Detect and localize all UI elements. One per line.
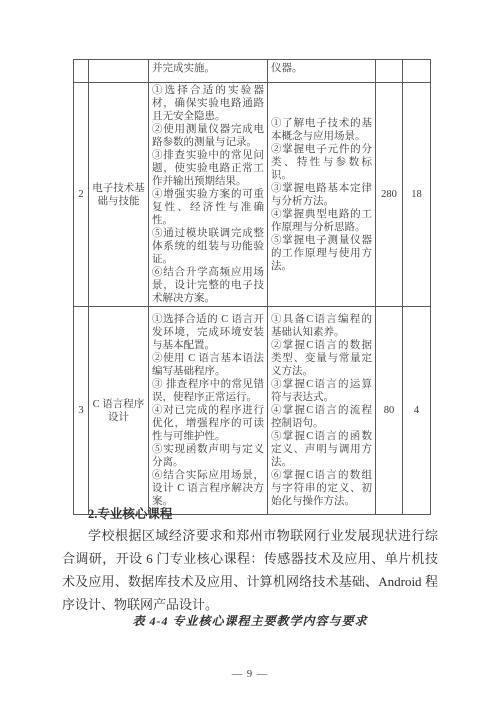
row-index-cell: 2 (74, 83, 89, 307)
table-caption: 表 4-4 专业核心课程主要教学内容与要求 (0, 612, 500, 629)
requirements-cell: ①了解电子技术的基本概念与应用场景。 ②掌握电子元件的分类、特性与参数标识。 ③… (268, 83, 376, 307)
course-name-cell: 电子技术基础与技能 (89, 83, 149, 307)
requirements-cell: 仪器。 (268, 60, 376, 83)
table-row-partial: 并完成实施。 仪器。 (74, 60, 431, 83)
table-row: 2 电子技术基础与技能 ①选择合适的实验器材，确保实验电路通路且无安全隐患。 ②… (74, 83, 431, 307)
credits-cell: 4 (403, 307, 431, 515)
course-name-cell: C 语言程序设计 (89, 307, 149, 515)
hours-cell: 280 (376, 83, 403, 307)
tasks-cell: ①选择合适的 C 语言开发环境，完成环境安装与基本配置。 ②使用 C 语言基本语… (149, 307, 268, 515)
row-index-cell: 3 (74, 307, 89, 515)
empty-cell (89, 60, 149, 83)
body-paragraph: 学校根据区域经济要求和郑州市物联网行业发展现状进行综合调研，开设 6 门专业核心… (62, 524, 438, 616)
requirements-cell: ①具备C语言编程的基础认知素养。 ②掌握C语言的数据类型、变量与常量定义方法。 … (268, 307, 376, 515)
document-page: 并完成实施。 仪器。 2 电子技术基础与技能 ①选择合适的实验器材，确保实验电路… (0, 0, 500, 707)
page-number: — 9 — (0, 669, 500, 680)
course-table: 并完成实施。 仪器。 2 电子技术基础与技能 ①选择合适的实验器材，确保实验电路… (73, 59, 431, 515)
section-heading: 2.专业核心课程 (88, 504, 172, 522)
table-row: 3 C 语言程序设计 ①选择合适的 C 语言开发环境，完成环境安装与基本配置。 … (74, 307, 431, 515)
tasks-cell: 并完成实施。 (149, 60, 268, 83)
empty-cell (74, 60, 89, 83)
empty-cell (403, 60, 431, 83)
credits-cell: 18 (403, 83, 431, 307)
tasks-cell: ①选择合适的实验器材，确保实验电路通路且无安全隐患。 ②使用测量仪器完成电路参数… (149, 83, 268, 307)
empty-cell (376, 60, 403, 83)
hours-cell: 80 (376, 307, 403, 515)
